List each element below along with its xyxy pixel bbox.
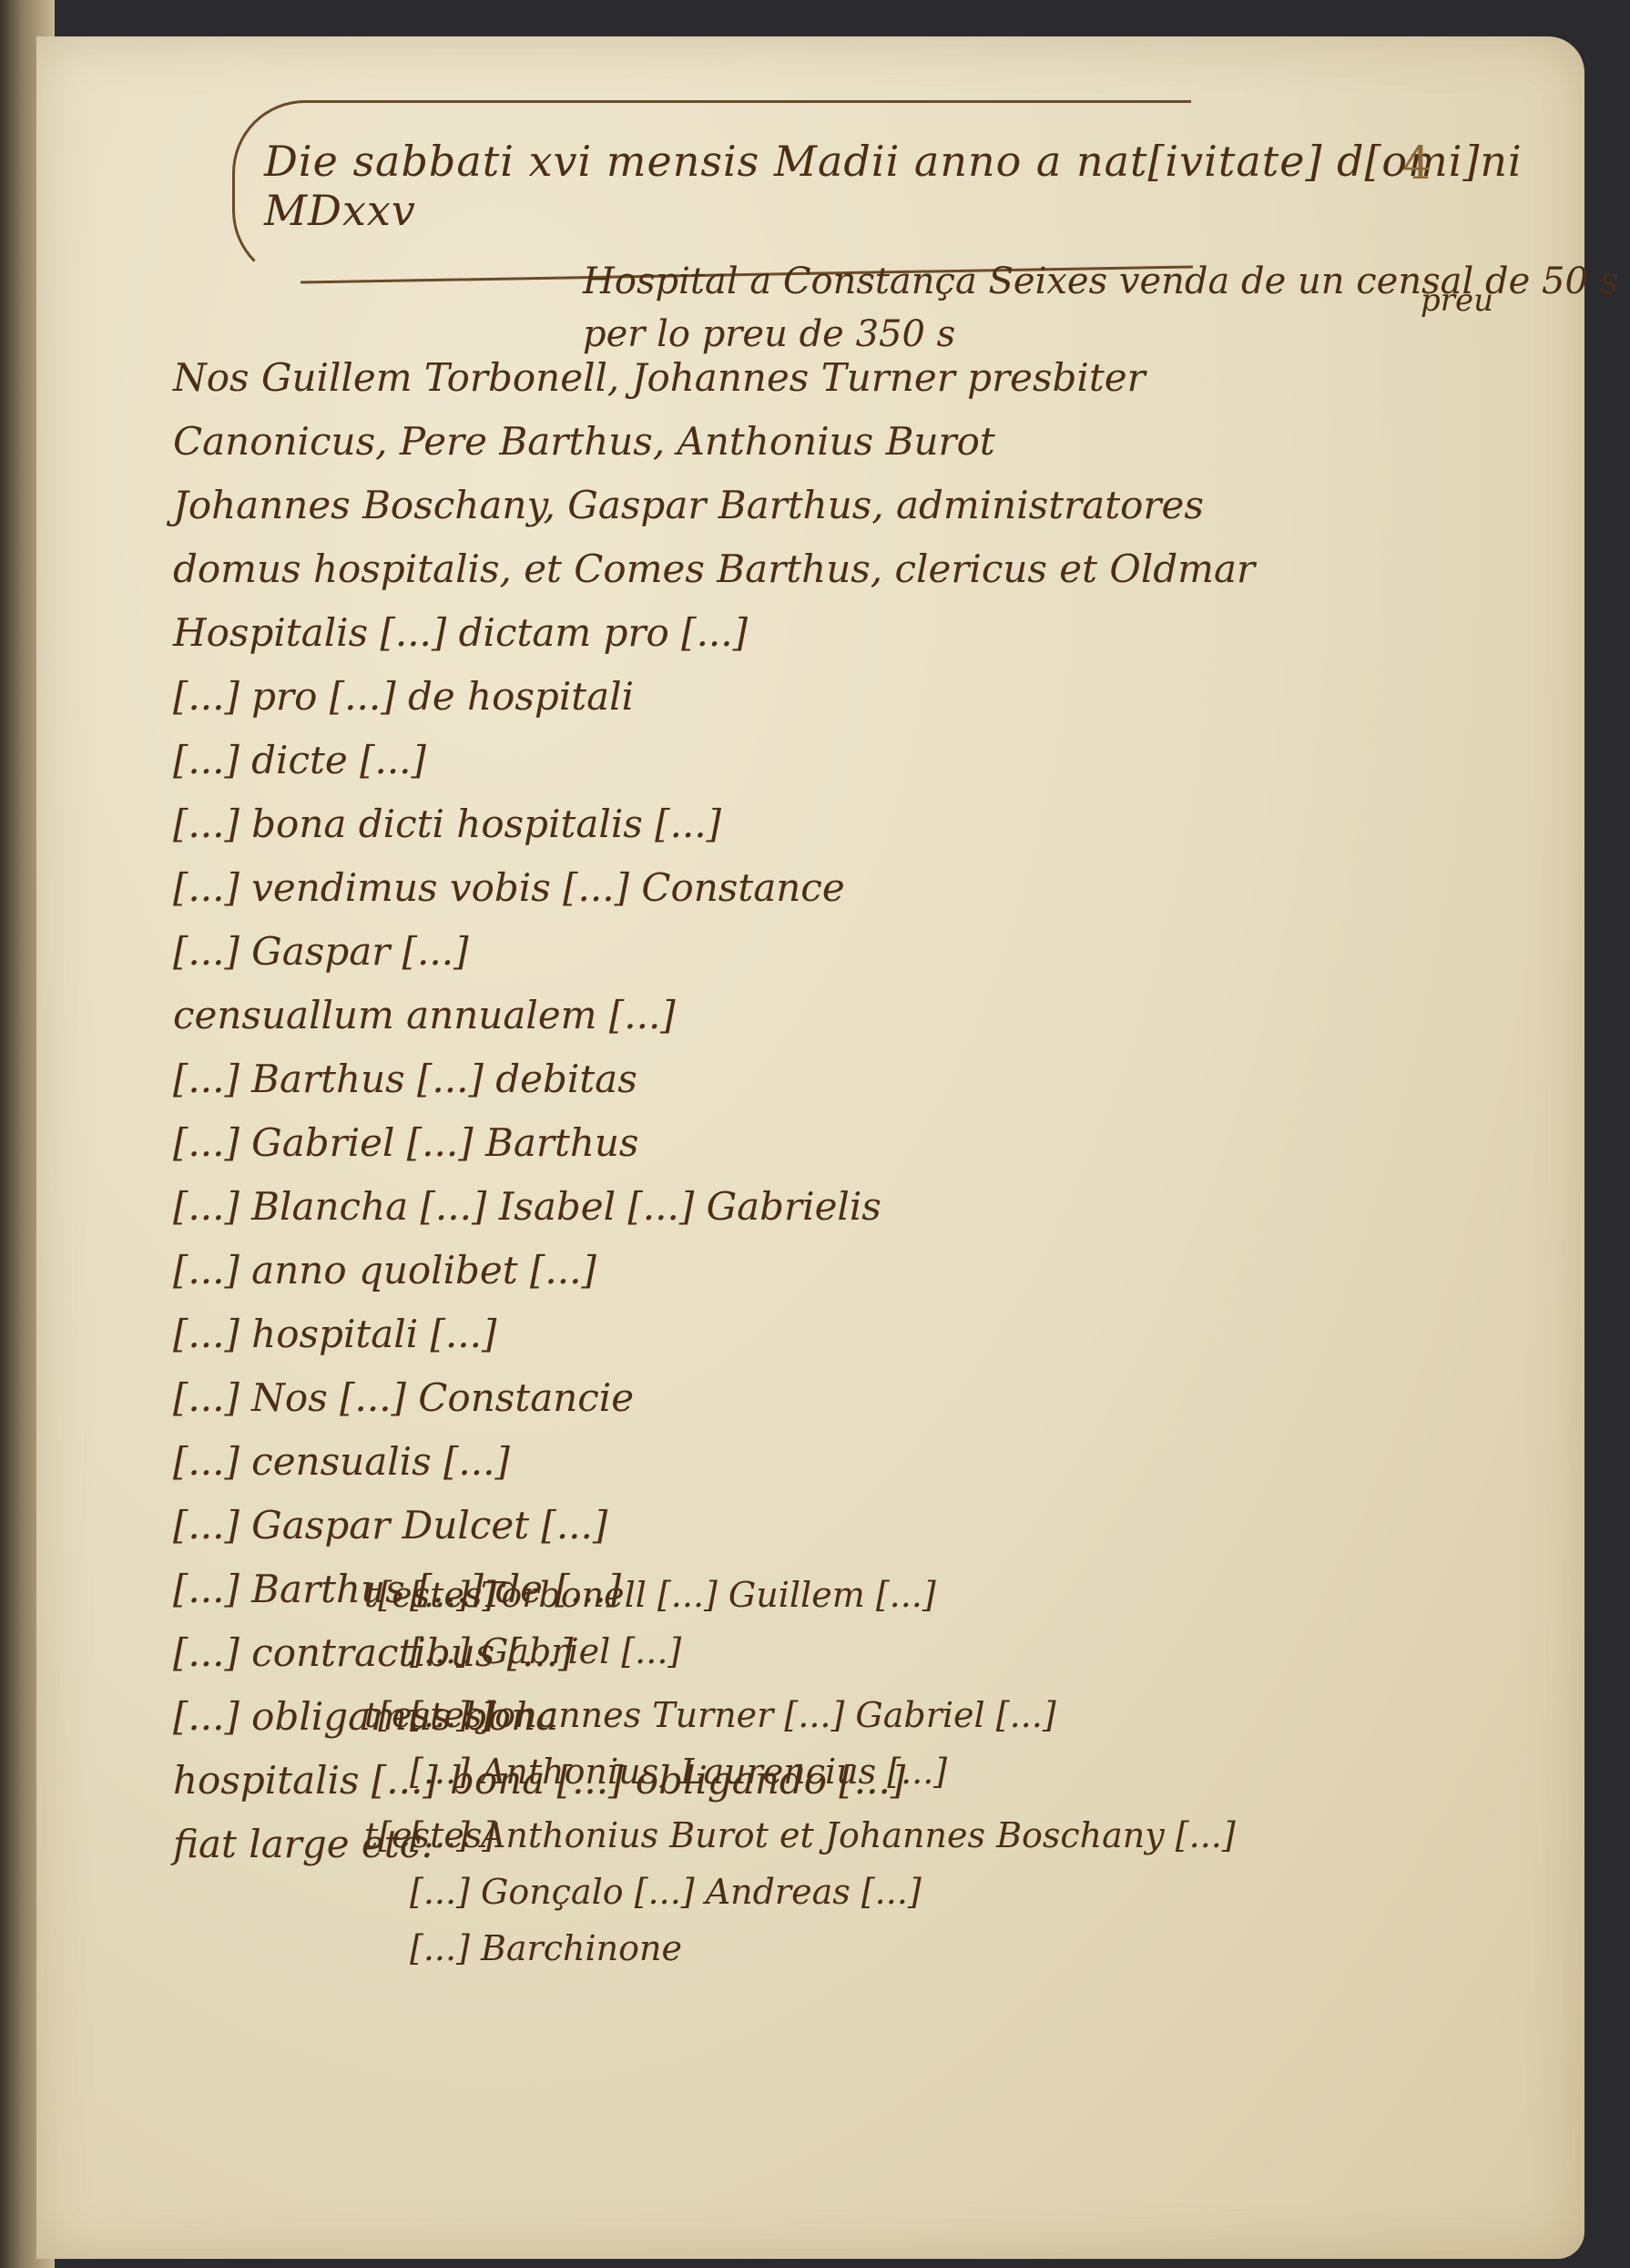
marginal-note-right: preu	[1421, 282, 1493, 319]
text-line: Nos Guillem Torbonell, Johannes Turner p…	[173, 346, 1448, 410]
text-line: [...] dicte [...]	[173, 729, 1448, 792]
witness-entry: t[estes][...] Anthonius Burot et Johanne…	[364, 1807, 1439, 1977]
text-line: [...] Gabriel [...] Barthus	[173, 1111, 1448, 1175]
text-line: [...] Barthus [...] debitas	[173, 1047, 1448, 1111]
text-line: [...] pro [...] de hospitali	[173, 665, 1448, 729]
witness-mark: t[estes]	[364, 1687, 410, 1743]
witness-mark: t[estes]	[364, 1807, 410, 1864]
witness-line: [...] Barchinone	[410, 1928, 682, 1968]
text-line: Johannes Boschany, Gaspar Barthus, admin…	[173, 474, 1448, 537]
text-line: Hospitalis [...] dictam pro [...]	[173, 601, 1448, 665]
witness-mark: t[estes]	[364, 1567, 410, 1623]
witness-line: [...] Anthonius Burot et Johannes Boscha…	[410, 1815, 1236, 1855]
text-line: [...] Nos [...] Constancie	[173, 1366, 1448, 1430]
folio-number: 4	[1402, 137, 1431, 189]
text-line: [...] bona dicti hospitalis [...]	[173, 792, 1448, 856]
text-line: [...] censualis [...]	[173, 1430, 1448, 1494]
text-line: domus hospitalis, et Comes Barthus, cler…	[173, 537, 1448, 601]
text-line: [...] Gaspar Dulcet [...]	[173, 1494, 1448, 1558]
text-line: [...] Gaspar [...]	[173, 920, 1448, 984]
text-line: [...] hospitali [...]	[173, 1303, 1448, 1366]
witness-line: [...] Anthonius, Laurencius [...]	[410, 1752, 947, 1792]
witness-line: [...] Johannes Turner [...] Gabriel [...…	[410, 1695, 1056, 1735]
text-line: [...] anno quolibet [...]	[173, 1239, 1448, 1303]
text-line: [...] Blancha [...] Isabel [...] Gabriel…	[173, 1175, 1448, 1239]
witness-list: t[estes][...] Torbonell [...] Guillem [.…	[364, 1567, 1439, 1984]
text-line: Canonicus, Pere Barthus, Anthonius Burot	[173, 410, 1448, 474]
text-line: [...] vendimus vobis [...] Constance	[173, 856, 1448, 920]
witness-line: [...] Gonçalo [...] Andreas [...]	[410, 1872, 922, 1912]
text-line: censuallum annualem [...]	[173, 984, 1448, 1047]
witness-line: [...] Torbonell [...] Guillem [...]	[410, 1575, 936, 1615]
witness-entry: t[estes][...] Torbonell [...] Guillem [.…	[364, 1567, 1439, 1680]
witness-line: [...] Gabriel [...]	[410, 1631, 681, 1671]
witness-entry: t[estes][...] Johannes Turner [...] Gabr…	[364, 1687, 1439, 1800]
